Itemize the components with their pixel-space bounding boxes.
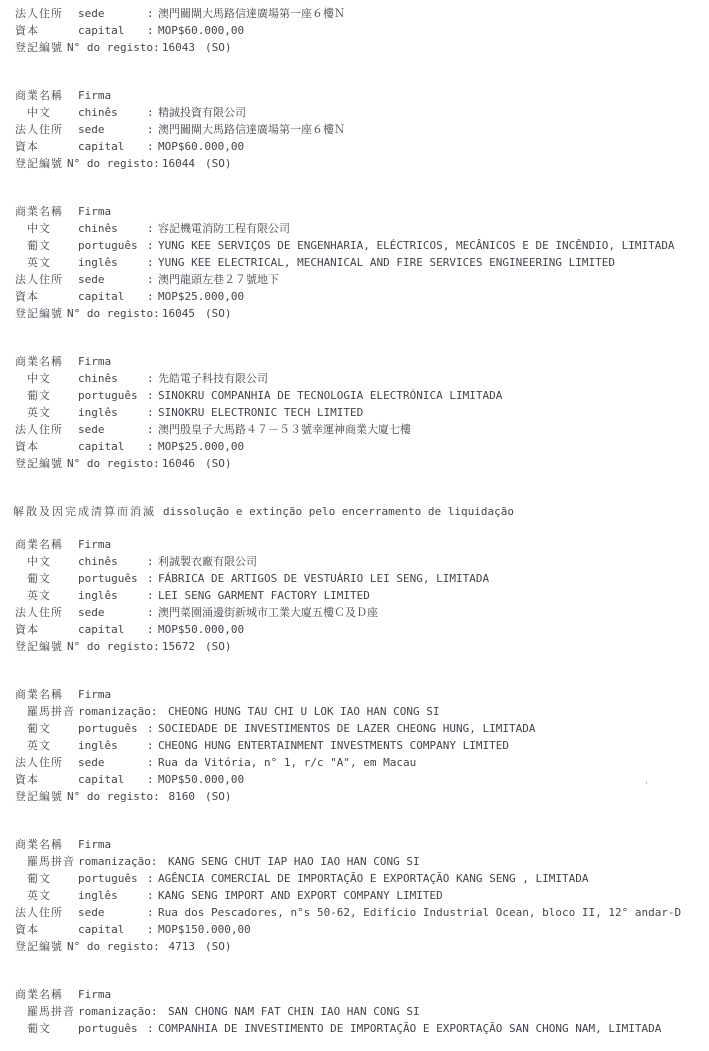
label-portuguese: capital	[78, 138, 124, 155]
label-chinese: 商業名稱	[15, 353, 63, 370]
entry-row-registo: 登記編號N° do registo:4713(SO)	[0, 938, 709, 955]
label-chinese: 英文	[27, 737, 51, 754]
label-portuguese: português	[78, 387, 138, 404]
entry-row-field: 資本capital:MOP$25.000,00	[0, 438, 709, 455]
entry-row-field: 中文chinês:先皓電子科技有限公司	[0, 370, 709, 387]
entry-row-field: 葡文português:FÁBRICA DE ARTIGOS DE VESTUÁ…	[0, 570, 709, 587]
colon-separator: :	[147, 22, 154, 39]
registry-entry: 商業名稱Firma羅馬拼音romanização:SAN CHONG NAM F…	[0, 986, 709, 1037]
entry-row-field: 資本capital:MOP$50.000,00	[0, 771, 709, 788]
entry-row-field: 法人住所sede:澳門關閘大馬路信達廣場第一座６樓Ｎ	[0, 121, 709, 138]
label-portuguese: sede	[78, 5, 105, 22]
entry-row-title: 商業名稱Firma	[0, 203, 709, 220]
label-portuguese: português	[78, 1020, 138, 1037]
entry-row-roman: 羅馬拼音romanização:CHEONG HUNG TAU CHI U LO…	[0, 703, 709, 720]
label-portuguese: inglês	[78, 254, 118, 271]
label-portuguese: sede	[78, 271, 105, 288]
colon-separator: :	[147, 370, 154, 387]
entry-row-field: 葡文português:AGÊNCIA COMERCIAL DE IMPORTA…	[0, 870, 709, 887]
entry-row-field: 英文inglês:LEI SENG GARMENT FACTORY LIMITE…	[0, 587, 709, 604]
label-chinese: 登記編號	[15, 455, 63, 472]
entry-row-field: 英文inglês:YUNG KEE ELECTRICAL, MECHANICAL…	[0, 254, 709, 271]
entry-row-field: 法人住所sede:Rua dos Pescadores, n°s 50-62, …	[0, 904, 709, 921]
colon-separator: :	[147, 5, 154, 22]
colon-separator: :	[147, 553, 154, 570]
label-portuguese: português	[78, 570, 138, 587]
label-portuguese: português	[78, 870, 138, 887]
label-portuguese: Firma	[78, 353, 111, 370]
entry-row-field: 資本capital:MOP$150.000,00	[0, 921, 709, 938]
label-portuguese: sede	[78, 904, 105, 921]
registry-entry: 法人住所sede:澳門關閘大馬路信達廣場第一座６樓Ｎ資本capital:MOP$…	[0, 5, 709, 56]
colon-separator: :	[147, 271, 154, 288]
label-chinese: 中文	[27, 553, 51, 570]
section-heading-portuguese: dissolução e extinção pelo encerramento …	[163, 503, 514, 520]
entry-row-title: 商業名稱Firma	[0, 87, 709, 104]
colon-separator: :	[147, 887, 154, 904]
entry-row-field: 葡文português:SINOKRU COMPANHIA DE TECNOLO…	[0, 387, 709, 404]
colon-separator: :	[147, 921, 154, 938]
label-chinese: 資本	[15, 621, 39, 638]
label-chinese: 葡文	[27, 237, 51, 254]
label-chinese: 法人住所	[15, 421, 63, 438]
field-value: YUNG KEE ELECTRICAL, MECHANICAL AND FIRE…	[158, 254, 615, 271]
entry-row-field: 中文chinês:精誠投資有限公司	[0, 104, 709, 121]
field-value: KANG SENG IMPORT AND EXPORT COMPANY LIMI…	[158, 887, 443, 904]
label-chinese: 登記編號	[15, 305, 63, 322]
entry-row-field: 資本capital:MOP$60.000,00	[0, 22, 709, 39]
registry-entry: 商業名稱Firma中文chinês:利誠製衣廠有限公司葡文português:F…	[0, 536, 709, 655]
label-chinese: 商業名稱	[15, 536, 63, 553]
label-portuguese: sede	[78, 121, 105, 138]
colon-separator: :	[147, 570, 154, 587]
label-portuguese: capital	[78, 22, 124, 39]
label-chinese: 商業名稱	[15, 686, 63, 703]
label-portuguese: inglês	[78, 587, 118, 604]
field-value: AGÊNCIA COMERCIAL DE IMPORTAÇÃO E EXPORT…	[158, 870, 588, 887]
label-portuguese: N° do registo:	[67, 938, 160, 955]
field-value: MOP$50.000,00	[158, 771, 244, 788]
label-chinese: 法人住所	[15, 5, 63, 22]
label-chinese: 英文	[27, 254, 51, 271]
label-chinese: 登記編號	[15, 155, 63, 172]
registry-entry: 商業名稱Firma中文chinês:精誠投資有限公司法人住所sede:澳門關閘大…	[0, 87, 709, 172]
field-value: MOP$50.000,00	[158, 621, 244, 638]
label-chinese: 葡文	[27, 870, 51, 887]
colon-separator: :	[147, 421, 154, 438]
field-value: MOP$60.000,00	[158, 138, 244, 155]
field-value: 15672	[161, 638, 195, 655]
colon-separator: :	[147, 237, 154, 254]
field-value: SOCIEDADE DE INVESTIMENTOS DE LAZER CHEO…	[158, 720, 536, 737]
label-portuguese: N° do registo:	[67, 305, 160, 322]
colon-separator: :	[147, 220, 154, 237]
colon-separator: :	[147, 771, 154, 788]
entry-row-field: 資本capital:MOP$50.000,00	[0, 621, 709, 638]
label-chinese: 法人住所	[15, 271, 63, 288]
entry-row-field: 中文chinês:容記機電消防工程有限公司	[0, 220, 709, 237]
registry-entry: 商業名稱Firma中文chinês:先皓電子科技有限公司葡文português:…	[0, 353, 709, 472]
label-portuguese: Firma	[78, 87, 111, 104]
label-portuguese: N° do registo:	[67, 788, 160, 805]
colon-separator: :	[147, 720, 154, 737]
registry-entry: 商業名稱Firma中文chinês:容記機電消防工程有限公司葡文portuguê…	[0, 203, 709, 322]
entry-row-field: 法人住所sede:Rua da Vitória, n° 1, r/c "A", …	[0, 754, 709, 771]
field-value: 16043	[161, 39, 195, 56]
colon-separator: :	[147, 438, 154, 455]
field-value: MOP$25.000,00	[158, 438, 244, 455]
label-portuguese: inglês	[78, 404, 118, 421]
entry-row-field: 法人住所sede:澳門殷皇子大馬路４７－５３號幸運神商業大廈七樓	[0, 421, 709, 438]
label-chinese: 羅馬拼音	[27, 703, 75, 720]
label-portuguese: romanização:	[78, 703, 157, 720]
field-value: KANG SENG CHUT IAP HAO IAO HAN CONG SI	[168, 853, 420, 870]
entry-row-field: 葡文português:YUNG KEE SERVIÇOS DE ENGENHA…	[0, 237, 709, 254]
label-portuguese: N° do registo:	[67, 39, 160, 56]
entry-row-field: 英文inglês:CHEONG HUNG ENTERTAINMENT INVES…	[0, 737, 709, 754]
registo-suffix: (SO)	[205, 39, 232, 56]
field-value: YUNG KEE SERVIÇOS DE ENGENHARIA, ELÉCTRI…	[158, 237, 675, 254]
label-chinese: 葡文	[27, 387, 51, 404]
field-value: CHEONG HUNG TAU CHI U LOK IAO HAN CONG S…	[168, 703, 440, 720]
colon-separator: :	[147, 121, 154, 138]
field-value: 澳門殷皇子大馬路４７－５３號幸運神商業大廈七樓	[158, 421, 411, 438]
label-chinese: 資本	[15, 22, 39, 39]
colon-separator: :	[147, 404, 154, 421]
label-chinese: 資本	[15, 288, 39, 305]
registo-suffix: (SO)	[205, 155, 232, 172]
label-portuguese: capital	[78, 771, 124, 788]
colon-separator: :	[147, 904, 154, 921]
label-chinese: 法人住所	[15, 904, 63, 921]
label-portuguese: capital	[78, 288, 124, 305]
label-portuguese: capital	[78, 621, 124, 638]
label-portuguese: chinês	[78, 553, 118, 570]
label-chinese: 登記編號	[15, 788, 63, 805]
entry-row-registo: 登記編號N° do registo:15672(SO)	[0, 638, 709, 655]
field-value: 利誠製衣廠有限公司	[158, 553, 257, 570]
entry-row-title: 商業名稱Firma	[0, 686, 709, 703]
label-chinese: 葡文	[27, 1020, 51, 1037]
entry-row-field: 葡文português:SOCIEDADE DE INVESTIMENTOS D…	[0, 720, 709, 737]
registo-suffix: (SO)	[205, 638, 232, 655]
registo-suffix: (SO)	[205, 788, 232, 805]
entry-row-registo: 登記編號N° do registo:16043(SO)	[0, 39, 709, 56]
label-portuguese: chinês	[78, 220, 118, 237]
label-portuguese: capital	[78, 921, 124, 938]
colon-separator: :	[147, 870, 154, 887]
field-value: 16046	[161, 455, 195, 472]
label-chinese: 資本	[15, 771, 39, 788]
label-portuguese: Firma	[78, 203, 111, 220]
label-portuguese: sede	[78, 421, 105, 438]
entry-row-roman: 羅馬拼音romanização:SAN CHONG NAM FAT CHIN I…	[0, 1003, 709, 1020]
label-portuguese: Firma	[78, 686, 111, 703]
entry-row-title: 商業名稱Firma	[0, 536, 709, 553]
entry-row-field: 法人住所sede:澳門龍頭左巷２７號地下	[0, 271, 709, 288]
entry-row-field: 資本capital:MOP$60.000,00	[0, 138, 709, 155]
field-value: COMPANHIA DE INVESTIMENTO DE IMPORTAÇÃO …	[158, 1020, 661, 1037]
entry-row-field: 法人住所sede:澳門菜園涌邊街新城市工業大廈五樓Ｃ及Ｄ座	[0, 604, 709, 621]
field-value: 澳門關閘大馬路信達廣場第一座６樓Ｎ	[158, 5, 345, 22]
label-portuguese: romanização:	[78, 1003, 157, 1020]
label-chinese: 商業名稱	[15, 87, 63, 104]
entry-row-field: 資本capital:MOP$25.000,00	[0, 288, 709, 305]
label-chinese: 羅馬拼音	[27, 853, 75, 870]
entry-row-field: 英文inglês:SINOKRU ELECTRONIC TECH LIMITED	[0, 404, 709, 421]
field-value: MOP$25.000,00	[158, 288, 244, 305]
field-value: 4713	[161, 938, 195, 955]
section-heading: 解散及因完成清算而消滅dissolução e extinção pelo en…	[0, 503, 709, 520]
label-chinese: 羅馬拼音	[27, 1003, 75, 1020]
colon-separator: :	[147, 104, 154, 121]
field-value: 澳門菜園涌邊街新城市工業大廈五樓Ｃ及Ｄ座	[158, 604, 378, 621]
label-portuguese: Firma	[78, 836, 111, 853]
entry-row-registo: 登記編號N° do registo:16045(SO)	[0, 305, 709, 322]
entry-row-registo: 登記編號N° do registo:8160(SO)	[0, 788, 709, 805]
field-value: CHEONG HUNG ENTERTAINMENT INVESTMENTS CO…	[158, 737, 509, 754]
label-chinese: 英文	[27, 887, 51, 904]
label-portuguese: romanização:	[78, 853, 157, 870]
label-portuguese: português	[78, 720, 138, 737]
registo-suffix: (SO)	[205, 938, 232, 955]
label-portuguese: chinês	[78, 104, 118, 121]
colon-separator: :	[147, 288, 154, 305]
label-portuguese: N° do registo:	[67, 638, 160, 655]
field-value: 先皓電子科技有限公司	[158, 370, 268, 387]
label-chinese: 資本	[15, 438, 39, 455]
label-chinese: 商業名稱	[15, 836, 63, 853]
document-page: ' 法人住所sede:澳門關閘大馬路信達廣場第一座６樓Ｎ資本capital:MO…	[0, 0, 709, 1051]
label-chinese: 中文	[27, 220, 51, 237]
colon-separator: :	[147, 754, 154, 771]
field-value: SINOKRU COMPANHIA DE TECNOLOGIA ELECTRÓN…	[158, 387, 502, 404]
field-value: FÁBRICA DE ARTIGOS DE VESTUÁRIO LEI SENG…	[158, 570, 489, 587]
label-portuguese: Firma	[78, 536, 111, 553]
label-chinese: 商業名稱	[15, 203, 63, 220]
entry-row-registo: 登記編號N° do registo:16044(SO)	[0, 155, 709, 172]
field-value: 澳門龍頭左巷２７號地下	[158, 271, 279, 288]
entry-row-field: 英文inglês:KANG SENG IMPORT AND EXPORT COM…	[0, 887, 709, 904]
label-chinese: 中文	[27, 370, 51, 387]
entry-row-title: 商業名稱Firma	[0, 353, 709, 370]
label-portuguese: Firma	[78, 986, 111, 1003]
label-chinese: 登記編號	[15, 39, 63, 56]
label-chinese: 法人住所	[15, 121, 63, 138]
colon-separator: :	[147, 604, 154, 621]
entry-row-title: 商業名稱Firma	[0, 986, 709, 1003]
entry-row-roman: 羅馬拼音romanização:KANG SENG CHUT IAP HAO I…	[0, 853, 709, 870]
label-portuguese: capital	[78, 438, 124, 455]
field-value: Rua dos Pescadores, n°s 50-62, Edifício …	[158, 904, 681, 921]
field-value: MOP$150.000,00	[158, 921, 251, 938]
label-portuguese: sede	[78, 604, 105, 621]
entry-row-title: 商業名稱Firma	[0, 836, 709, 853]
entry-row-field: 法人住所sede:澳門關閘大馬路信達廣場第一座６樓Ｎ	[0, 5, 709, 22]
label-chinese: 登記編號	[15, 938, 63, 955]
label-chinese: 法人住所	[15, 604, 63, 621]
label-chinese: 登記編號	[15, 638, 63, 655]
colon-separator: :	[147, 387, 154, 404]
label-portuguese: inglês	[78, 737, 118, 754]
field-value: LEI SENG GARMENT FACTORY LIMITED	[158, 587, 370, 604]
field-value: MOP$60.000,00	[158, 22, 244, 39]
field-value: SINOKRU ELECTRONIC TECH LIMITED	[158, 404, 363, 421]
label-portuguese: chinês	[78, 370, 118, 387]
colon-separator: :	[147, 737, 154, 754]
field-value: 精誠投資有限公司	[158, 104, 246, 121]
entry-row-field: 葡文português:COMPANHIA DE INVESTIMENTO DE…	[0, 1020, 709, 1037]
field-value: Rua da Vitória, n° 1, r/c "A", em Macau	[158, 754, 416, 771]
label-portuguese: N° do registo:	[67, 155, 160, 172]
colon-separator: :	[147, 138, 154, 155]
colon-separator: :	[147, 1020, 154, 1037]
label-chinese: 英文	[27, 404, 51, 421]
label-chinese: 資本	[15, 921, 39, 938]
label-chinese: 葡文	[27, 570, 51, 587]
entry-row-registo: 登記編號N° do registo:16046(SO)	[0, 455, 709, 472]
field-value: SAN CHONG NAM FAT CHIN IAO HAN CONG SI	[168, 1003, 420, 1020]
colon-separator: :	[147, 254, 154, 271]
field-value: 16045	[161, 305, 195, 322]
registo-suffix: (SO)	[205, 305, 232, 322]
label-portuguese: N° do registo:	[67, 455, 160, 472]
label-portuguese: português	[78, 237, 138, 254]
label-chinese: 英文	[27, 587, 51, 604]
registry-entry: 商業名稱Firma羅馬拼音romanização:KANG SENG CHUT …	[0, 836, 709, 955]
label-portuguese: sede	[78, 754, 105, 771]
colon-separator: :	[147, 621, 154, 638]
field-value: 澳門關閘大馬路信達廣場第一座６樓Ｎ	[158, 121, 345, 138]
label-chinese: 葡文	[27, 720, 51, 737]
label-portuguese: inglês	[78, 887, 118, 904]
field-value: 8160	[161, 788, 195, 805]
label-chinese: 資本	[15, 138, 39, 155]
label-chinese: 法人住所	[15, 754, 63, 771]
field-value: 16044	[161, 155, 195, 172]
registry-entry: 商業名稱Firma羅馬拼音romanização:CHEONG HUNG TAU…	[0, 686, 709, 805]
section-heading-chinese: 解散及因完成清算而消滅	[13, 503, 156, 520]
entry-row-field: 中文chinês:利誠製衣廠有限公司	[0, 553, 709, 570]
colon-separator: :	[147, 587, 154, 604]
label-chinese: 商業名稱	[15, 986, 63, 1003]
field-value: 容記機電消防工程有限公司	[158, 220, 290, 237]
registo-suffix: (SO)	[205, 455, 232, 472]
label-chinese: 中文	[27, 104, 51, 121]
